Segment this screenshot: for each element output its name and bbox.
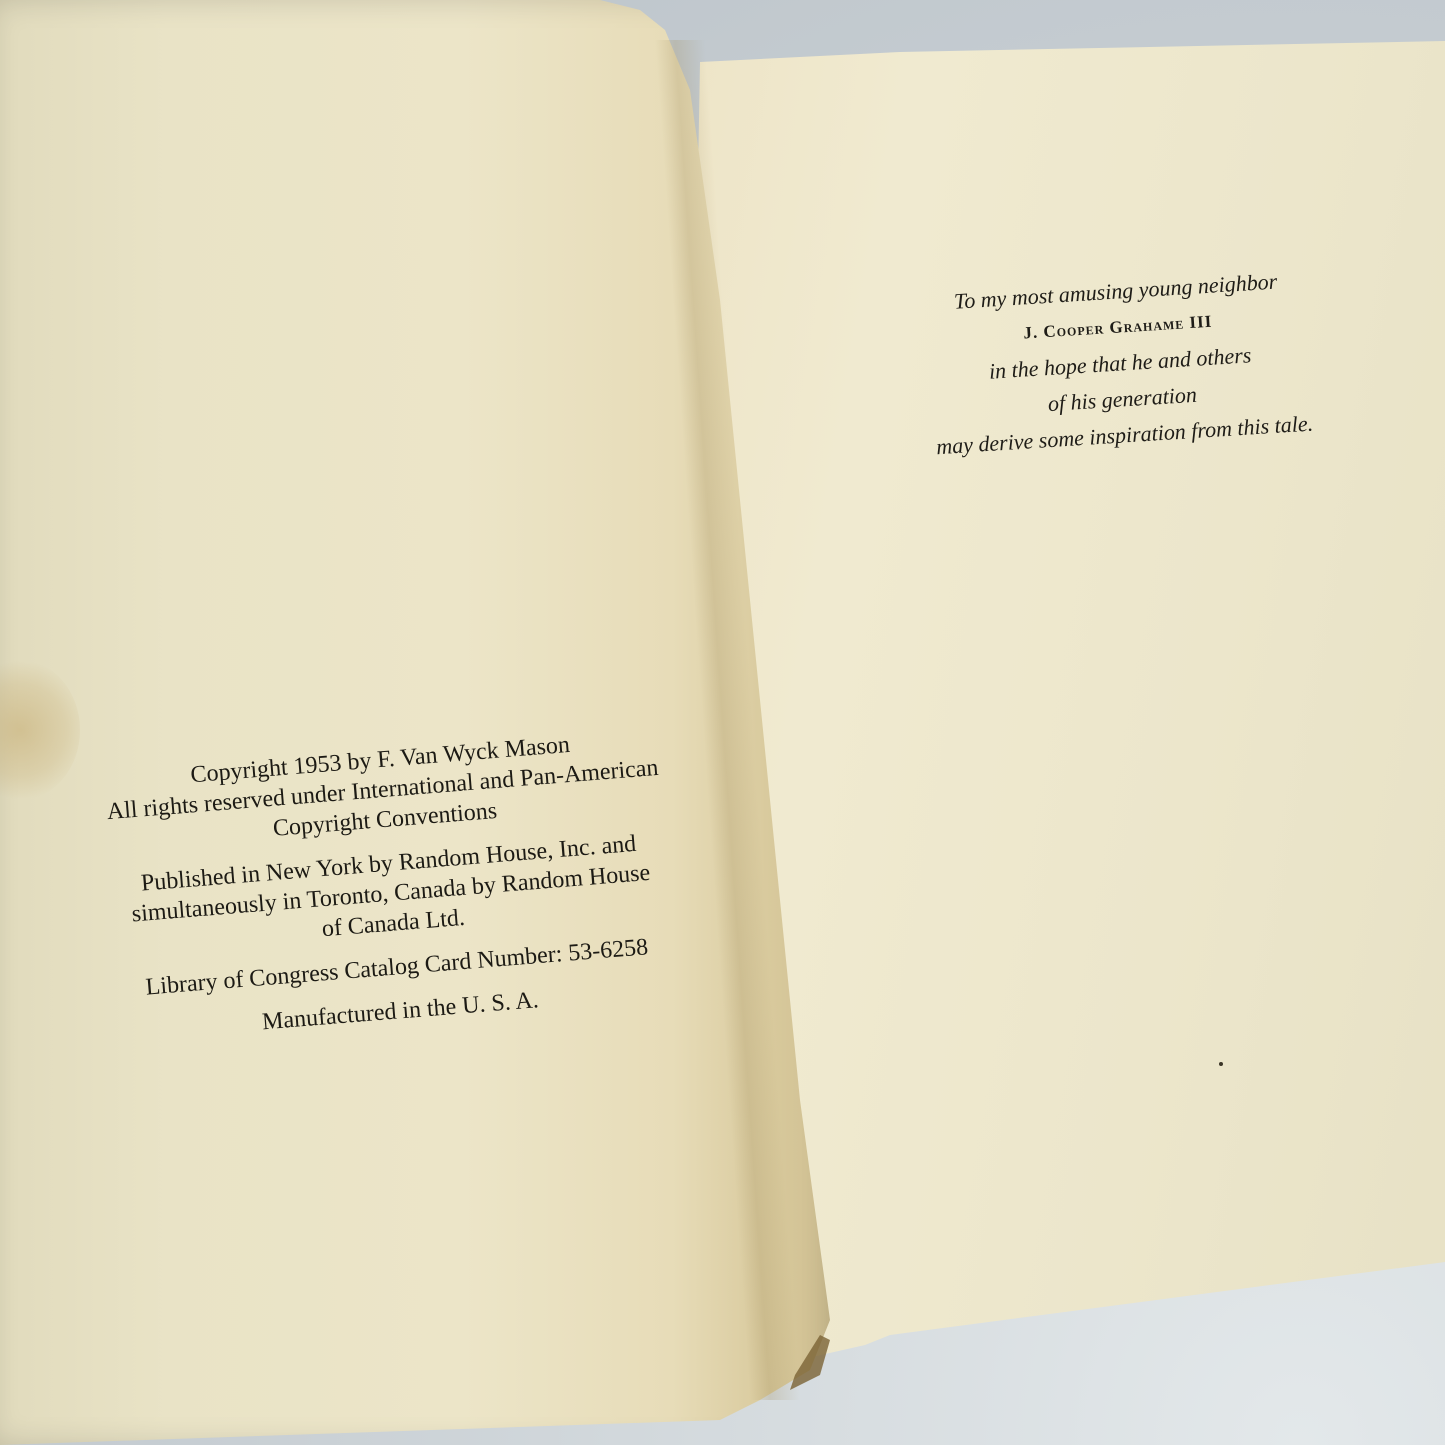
- paper-speck: [1219, 1062, 1223, 1066]
- dedication: To my most amusing young neighbor J. Coo…: [855, 257, 1385, 469]
- copyright-notice: Copyright 1953 by F. Van Wyck Mason All …: [70, 720, 712, 1065]
